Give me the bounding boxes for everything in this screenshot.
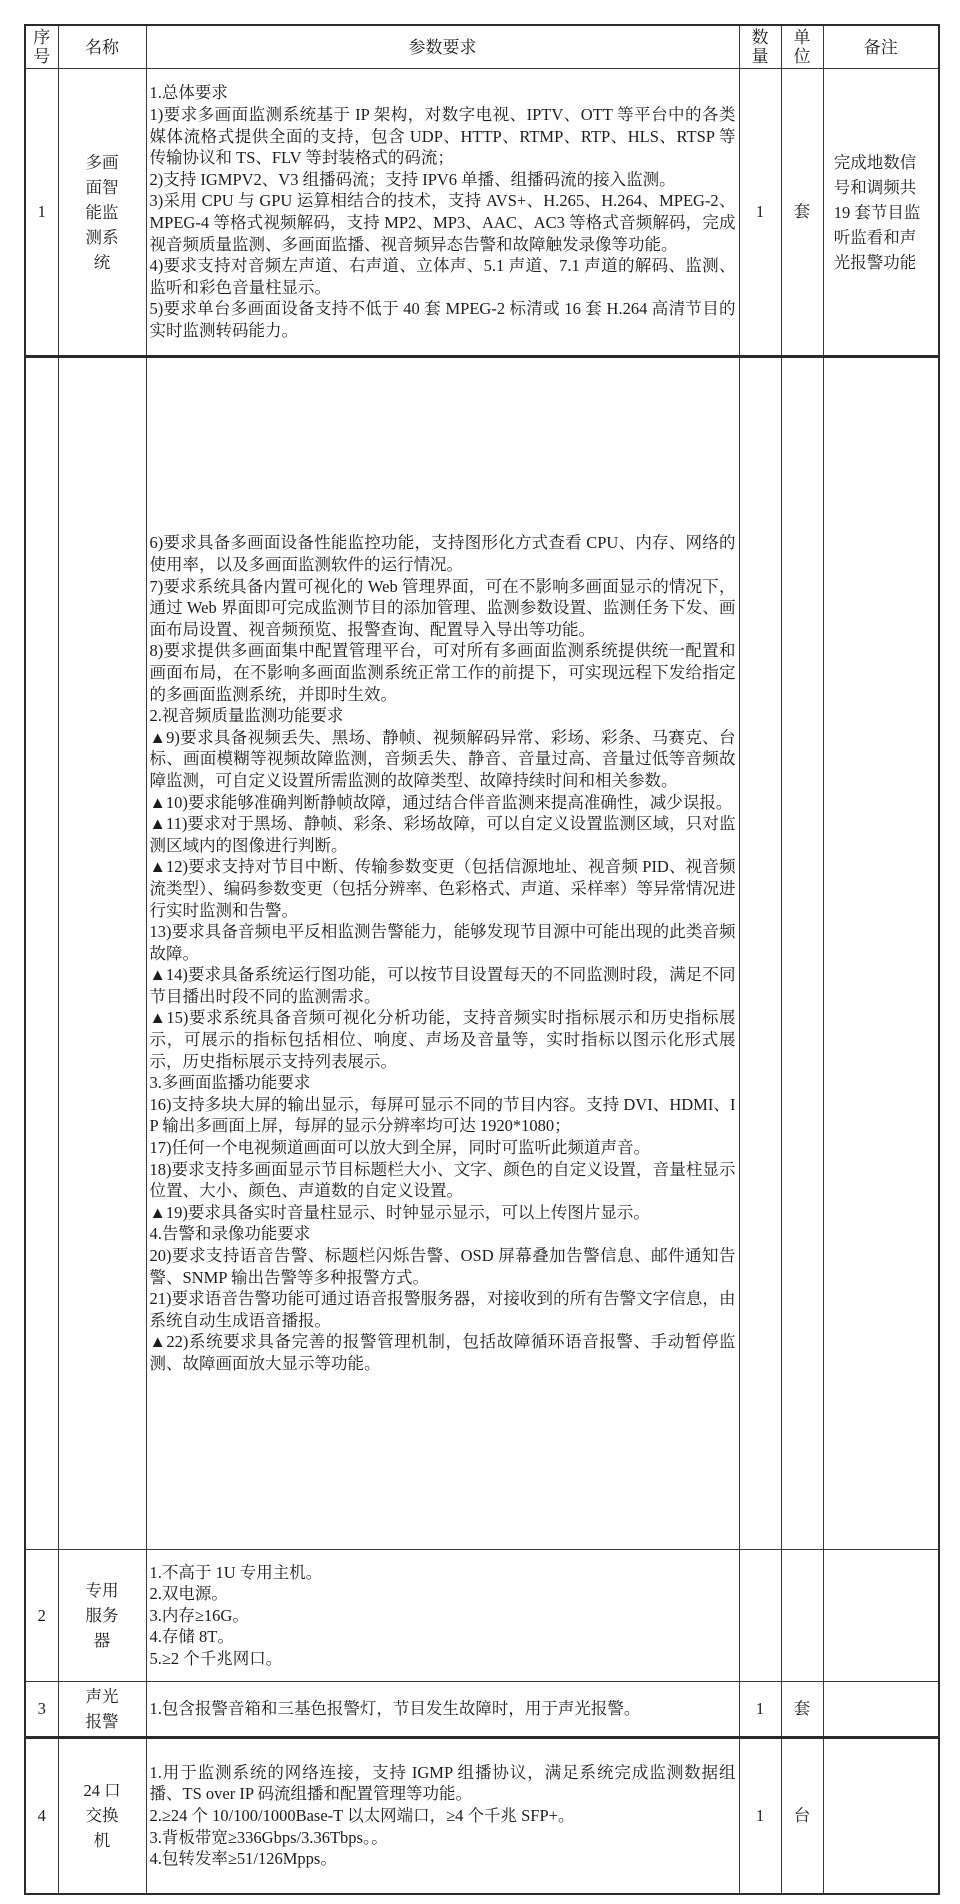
param-paragraph: ▲22)系统要求具备完善的报警管理机制，包括故障循环语音报警、手动暂停监测、故障… <box>150 1331 736 1374</box>
params-cell: 1.总体要求1)要求多画面监测系统基于 IP 架构，对数字电视、IPTV、OTT… <box>146 69 739 357</box>
param-paragraph: 2.≥24 个 10/100/1000Base-T 以太网端口，≥4 个千兆 S… <box>150 1805 736 1827</box>
param-paragraph: 3)采用 CPU 与 GPU 运算相结合的技术，支持 AVS+、H.265、H.… <box>150 190 736 255</box>
unit-cell <box>781 1550 823 1682</box>
param-paragraph: 21)要求语音告警功能可通过语音报警服务器，对接收到的所有告警文字信息，由系统自… <box>150 1288 736 1331</box>
table-row: 3声光报警1.包含报警音箱和三基色报警灯，节目发生故障时，用于声光报警。1套 <box>25 1682 939 1738</box>
seq-cell <box>25 357 58 1550</box>
unit-cell: 套 <box>781 1682 823 1738</box>
param-paragraph: 17)任何一个电视频道画面可以放大到全屏，同时可监听此频道声音。 <box>150 1137 736 1159</box>
param-paragraph: 4)要求支持对音频左声道、右声道、立体声、5.1 声道、7.1 声道的解码、监测… <box>150 255 736 298</box>
header-seq-label: 序号 <box>32 28 51 66</box>
item-note: 完成地数信号和调频共 19 套节目监听监看和声光报警功能 <box>834 150 928 275</box>
param-paragraph: 5.≥2 个千兆网口。 <box>150 1648 736 1670</box>
note-cell: 完成地数信号和调频共 19 套节目监听监看和声光报警功能 <box>823 69 939 357</box>
name-cell: 专用服务器 <box>58 1550 146 1682</box>
param-paragraph: 18)要求支持多画面显示节目标题栏大小、文字、颜色的自定义设置，音量柱显示位置、… <box>150 1159 736 1202</box>
param-paragraph: 2)支持 IGMPV2、V3 组播码流；支持 IPV6 单播、组播码流的接入监测… <box>150 169 736 191</box>
item-name: 声光报警 <box>81 1684 123 1734</box>
name-cell: 声光报警 <box>58 1682 146 1738</box>
seq-cell: 3 <box>25 1682 58 1738</box>
spec-table: 序号 名称 参数要求 数量 单位 备注 1多画面智能监测系统1.总体要求1)要求… <box>24 24 940 1895</box>
param-paragraph: 3.内存≥16G。 <box>150 1605 736 1627</box>
header-params-label: 参数要求 <box>409 38 477 57</box>
header-unit-label: 单位 <box>793 28 812 66</box>
item-name: 24 口交换机 <box>81 1778 123 1853</box>
param-paragraph: 4.存储 8T。 <box>150 1626 736 1648</box>
params-cell: 1.不高于 1U 专用主机。2.双电源。3.内存≥16G。4.存储 8T。5.≥… <box>146 1550 739 1682</box>
table-row: 1多画面智能监测系统1.总体要求1)要求多画面监测系统基于 IP 架构，对数字电… <box>25 69 939 357</box>
unit-cell: 套 <box>781 69 823 357</box>
param-paragraph: 3.多画面监播功能要求 <box>150 1072 736 1094</box>
param-paragraph: 1.总体要求 <box>150 82 736 104</box>
param-paragraph: 5)要求单台多画面设备支持不低于 40 套 MPEG-2 标清或 16 套 H.… <box>150 298 736 341</box>
note-cell <box>823 1682 939 1738</box>
param-paragraph: ▲15)要求系统具备音频可视化分析功能，支持音频实时指标展示和历史指标展示，可展… <box>150 1007 736 1072</box>
note-cell <box>823 357 939 1550</box>
param-paragraph: 3.背板带宽≥336Gbps/3.36Tbps。。 <box>150 1827 736 1849</box>
seq-cell: 4 <box>25 1738 58 1894</box>
qty-cell <box>739 357 781 1550</box>
param-paragraph: 2.双电源。 <box>150 1583 736 1605</box>
param-paragraph: ▲19)要求具备实时音量柱显示、时钟显示显示，可以上传图片显示。 <box>150 1202 736 1224</box>
name-cell <box>58 357 146 1550</box>
params-cell: 6)要求具备多画面设备性能监控功能，支持图形化方式查看 CPU、内存、网络的使用… <box>146 357 739 1550</box>
header-name: 名称 <box>58 25 146 69</box>
param-paragraph: 6)要求具备多画面设备性能监控功能，支持图形化方式查看 CPU、内存、网络的使用… <box>150 532 736 575</box>
param-paragraph: ▲14)要求具备系统运行图功能，可以按节目设置每天的不同监测时段，满足不同节目播… <box>150 964 736 1007</box>
name-cell: 多画面智能监测系统 <box>58 69 146 357</box>
param-paragraph: 1.用于监测系统的网络连接，支持 IGMP 组播协议，满足系统完成监测数据组播、… <box>150 1762 736 1805</box>
header-params: 参数要求 <box>146 25 739 69</box>
table-row: 2专用服务器1.不高于 1U 专用主机。2.双电源。3.内存≥16G。4.存储 … <box>25 1550 939 1682</box>
note-cell <box>823 1738 939 1894</box>
param-paragraph: 13)要求具备音频电平反相监测告警能力，能够发现节目源中可能出现的此类音频故障。 <box>150 921 736 964</box>
param-paragraph: 2.视音频质量监测功能要求 <box>150 705 736 727</box>
qty-cell: 1 <box>739 69 781 357</box>
header-row: 序号 名称 参数要求 数量 单位 备注 <box>25 25 939 69</box>
qty-cell: 1 <box>739 1682 781 1738</box>
seq-cell: 1 <box>25 69 58 357</box>
document-page: 序号 名称 参数要求 数量 单位 备注 1多画面智能监测系统1.总体要求1)要求… <box>0 0 960 1904</box>
name-cell: 24 口交换机 <box>58 1738 146 1894</box>
param-paragraph: 1.不高于 1U 专用主机。 <box>150 1562 736 1584</box>
header-qty: 数量 <box>739 25 781 69</box>
note-cell <box>823 1550 939 1682</box>
header-qty-label: 数量 <box>751 28 770 66</box>
param-paragraph: ▲12)要求支持对节目中断、传输参数变更（包括信源地址、视音频 PID、视音频流… <box>150 856 736 921</box>
item-name: 专用服务器 <box>81 1578 123 1653</box>
header-note-label: 备注 <box>864 38 898 57</box>
param-paragraph: 8)要求提供多画面集中配置管理平台，可对所有多画面监测系统提供统一配置和画面布局… <box>150 640 736 705</box>
header-unit: 单位 <box>781 25 823 69</box>
param-paragraph: 1.包含报警音箱和三基色报警灯，节目发生故障时，用于声光报警。 <box>150 1698 736 1720</box>
param-paragraph: 16)支持多块大屏的输出显示，每屏可显示不同的节目内容。支持 DVI、HDMI、… <box>150 1094 736 1137</box>
params-cell: 1.包含报警音箱和三基色报警灯，节目发生故障时，用于声光报警。 <box>146 1682 739 1738</box>
qty-cell <box>739 1550 781 1682</box>
unit-cell <box>781 357 823 1550</box>
header-name-label: 名称 <box>85 38 119 57</box>
qty-cell: 1 <box>739 1738 781 1894</box>
unit-cell: 台 <box>781 1738 823 1894</box>
param-paragraph: ▲10)要求能够准确判断静帧故障，通过结合伴音监测来提高准确性，减少误报。 <box>150 792 736 814</box>
spec-table-body: 1多画面智能监测系统1.总体要求1)要求多画面监测系统基于 IP 架构，对数字电… <box>25 69 939 1894</box>
params-cell: 1.用于监测系统的网络连接，支持 IGMP 组播协议，满足系统完成监测数据组播、… <box>146 1738 739 1894</box>
header-seq: 序号 <box>25 25 58 69</box>
param-paragraph: 7)要求系统具备内置可视化的 Web 管理界面，可在不影响多画面显示的情况下，通… <box>150 576 736 641</box>
table-row: 6)要求具备多画面设备性能监控功能，支持图形化方式查看 CPU、内存、网络的使用… <box>25 357 939 1550</box>
param-paragraph: ▲9)要求具备视频丢失、黑场、静帧、视频解码异常、彩场、彩条、马赛克、台标、画面… <box>150 727 736 792</box>
param-paragraph: ▲11)要求对于黑场、静帧、彩条、彩场故障，可以自定义设置监测区域，只对监测区域… <box>150 813 736 856</box>
header-note: 备注 <box>823 25 939 69</box>
item-name: 多画面智能监测系统 <box>81 150 123 275</box>
table-row: 424 口交换机1.用于监测系统的网络连接，支持 IGMP 组播协议，满足系统完… <box>25 1738 939 1894</box>
param-paragraph: 1)要求多画面监测系统基于 IP 架构，对数字电视、IPTV、OTT 等平台中的… <box>150 104 736 169</box>
param-paragraph: 20)要求支持语音告警、标题栏闪烁告警、OSD 屏幕叠加告警信息、邮件通知告警、… <box>150 1245 736 1288</box>
param-paragraph: 4.告警和录像功能要求 <box>150 1223 736 1245</box>
param-paragraph: 4.包转发率≥51/126Mpps。 <box>150 1848 736 1870</box>
seq-cell: 2 <box>25 1550 58 1682</box>
